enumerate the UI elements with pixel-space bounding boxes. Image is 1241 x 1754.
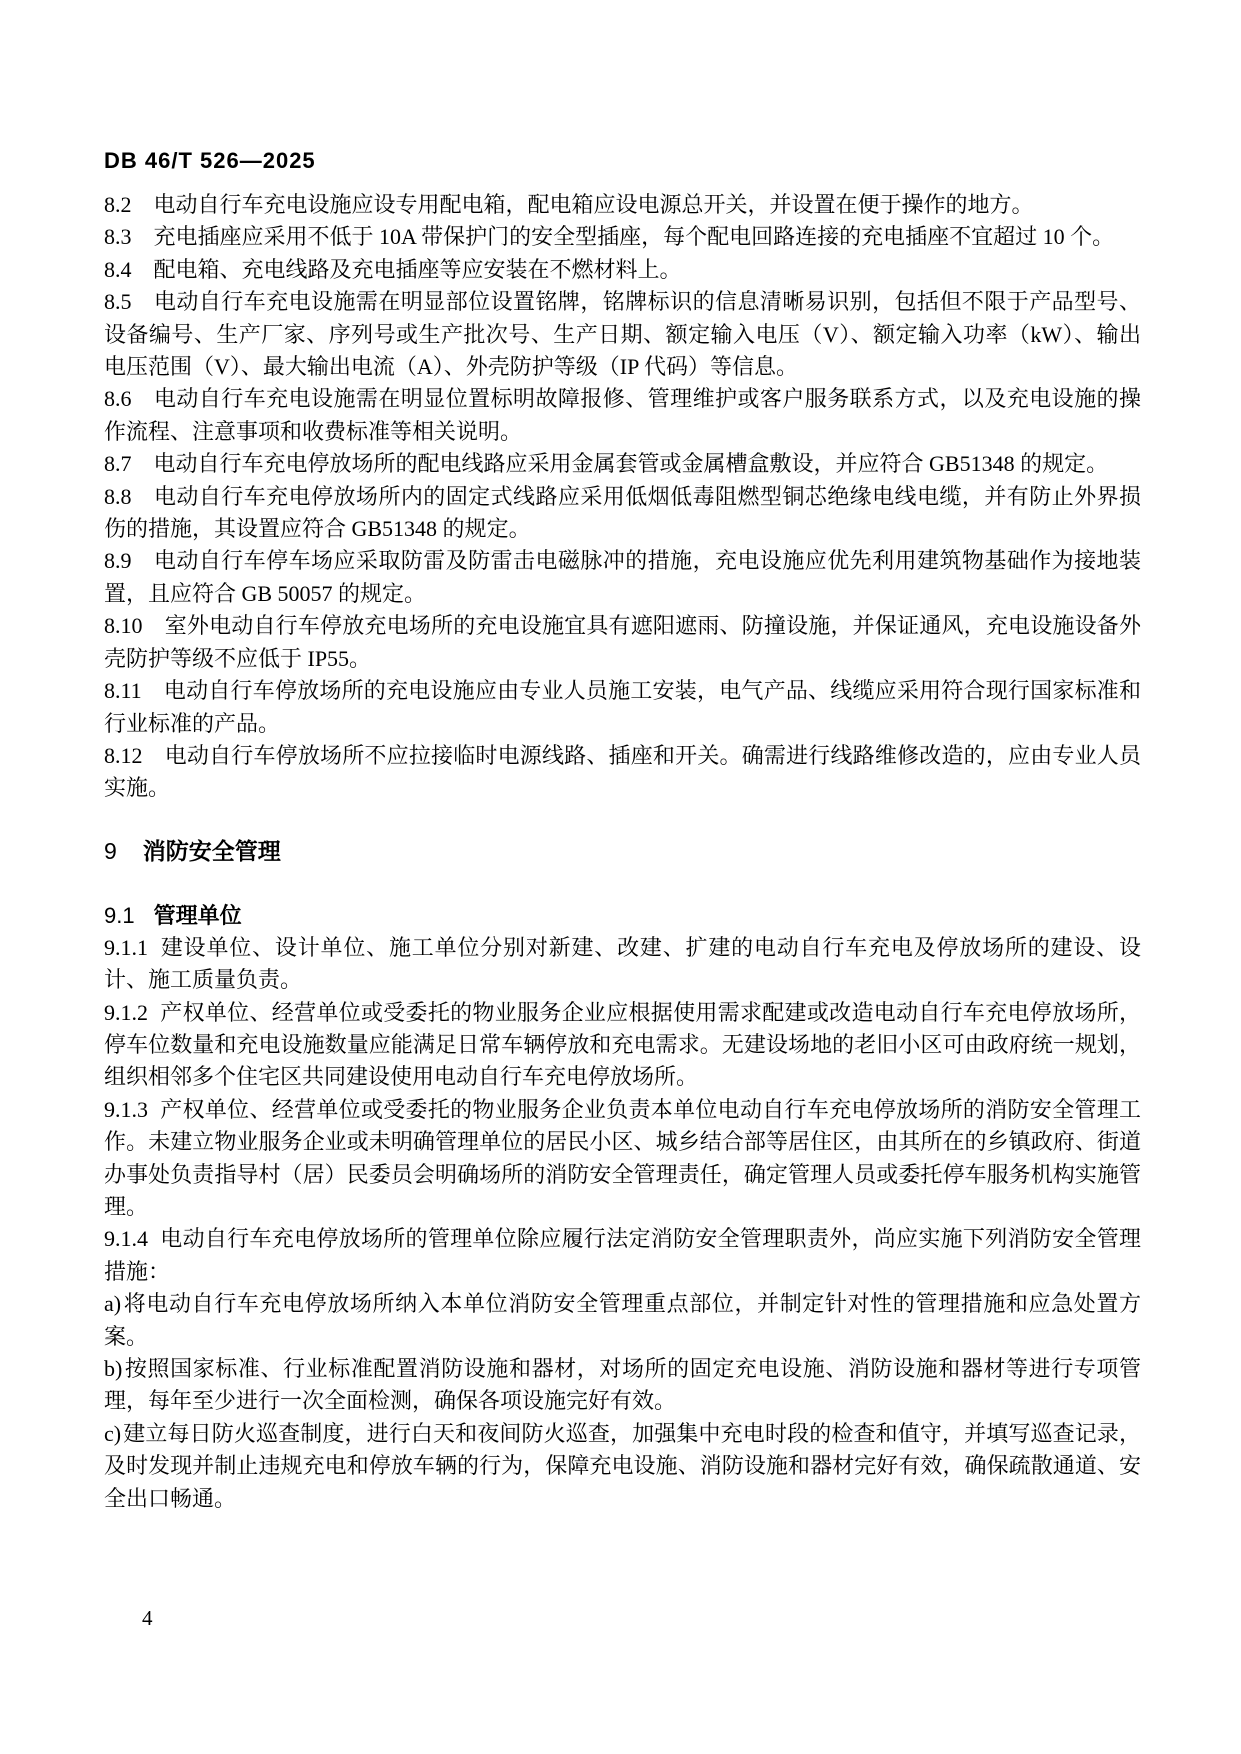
- list-item-a: a)将电动自行车充电停放场所纳入本单位消防安全管理重点部位，并制定针对性的管理措…: [104, 1288, 1141, 1353]
- clause-number: 8.2: [104, 192, 132, 217]
- section-9-heading: 9消防安全管理: [104, 835, 1141, 868]
- clause-8-8: 8.8电动自行车充电停放场所内的固定式线路应采用低烟低毒阻燃型铜芯绝缘电线电缆，…: [104, 481, 1141, 546]
- clause-8-11: 8.11电动自行车停放场所的充电设施应由专业人员施工安装，电气产品、线缆应采用符…: [104, 675, 1141, 740]
- document-page: DB 46/T 526—2025 8.2电动自行车充电设施应设专用配电箱，配电箱…: [0, 0, 1241, 1754]
- standard-number-header: DB 46/T 526—2025: [104, 148, 316, 174]
- clause-text: 电动自行车充电设施需在明显部位设置铭牌，铭牌标识的信息清晰易识别，包括但不限于产…: [104, 289, 1141, 379]
- clause-number: 8.10: [104, 613, 143, 638]
- clause-8-6: 8.6电动自行车充电设施需在明显位置标明故障报修、管理维护或客户服务联系方式，以…: [104, 383, 1141, 448]
- clause-text: 电动自行车停放场所不应拉接临时电源线路、插座和开关。确需进行线路维修改造的，应由…: [104, 743, 1141, 800]
- clause-9-1-3: 9.1.3产权单位、经营单位或受委托的物业服务企业负责本单位电动自行车充电停放场…: [104, 1094, 1141, 1224]
- clause-number: 8.11: [104, 678, 142, 703]
- clause-8-5: 8.5电动自行车充电设施需在明显部位设置铭牌，铭牌标识的信息清晰易识别，包括但不…: [104, 286, 1141, 383]
- clause-8-9: 8.9电动自行车停车场应采取防雷及防雷击电磁脉冲的措施，充电设施应优先利用建筑物…: [104, 545, 1141, 610]
- clause-number: 8.3: [104, 224, 132, 249]
- clause-text: 电动自行车充电设施应设专用配电箱，配电箱应设电源总开关，并设置在便于操作的地方。: [154, 192, 1034, 217]
- clause-text: 建设单位、设计单位、施工单位分别对新建、改建、扩建的电动自行车充电及停放场所的建…: [104, 935, 1141, 992]
- clause-text: 产权单位、经营单位或受委托的物业服务企业负责本单位电动自行车充电停放场所的消防安…: [104, 1097, 1141, 1219]
- clause-number: 9.1.1: [104, 935, 148, 960]
- section-title: 消防安全管理: [143, 838, 281, 864]
- clause-9-1-2: 9.1.2产权单位、经营单位或受委托的物业服务企业应根据使用需求配建或改造电动自…: [104, 997, 1141, 1094]
- clause-number: 8.4: [104, 257, 132, 282]
- clause-number: 9.1.3: [104, 1097, 148, 1122]
- list-item-label: c): [104, 1421, 121, 1446]
- clause-number: 8.5: [104, 289, 132, 314]
- clause-8-12: 8.12电动自行车停放场所不应拉接临时电源线路、插座和开关。确需进行线路维修改造…: [104, 740, 1141, 805]
- clause-text: 室外电动自行车停放充电场所的充电设施宜具有遮阳遮雨、防撞设施，并保证通风，充电设…: [104, 613, 1141, 670]
- clause-8-2: 8.2电动自行车充电设施应设专用配电箱，配电箱应设电源总开关，并设置在便于操作的…: [104, 189, 1141, 221]
- clause-number: 9.1.2: [104, 1000, 148, 1025]
- clause-text: 电动自行车充电设施需在明显位置标明故障报修、管理维护或客户服务联系方式，以及充电…: [104, 386, 1141, 443]
- clause-number: 9.1.4: [104, 1226, 148, 1251]
- list-item-b: b)按照国家标准、行业标准配置消防设施和器材，对场所的固定充电设施、消防设施和器…: [104, 1353, 1141, 1418]
- document-body: 8.2电动自行车充电设施应设专用配电箱，配电箱应设电源总开关，并设置在便于操作的…: [104, 189, 1141, 1515]
- clause-9-1-4: 9.1.4电动自行车充电停放场所的管理单位除应履行法定消防安全管理职责外，尚应实…: [104, 1223, 1141, 1288]
- clause-8-4: 8.4配电箱、充电线路及充电插座等应安装在不燃材料上。: [104, 254, 1141, 286]
- section-number: 9: [104, 838, 117, 864]
- clause-number: 8.9: [104, 548, 132, 573]
- clause-number: 8.12: [104, 743, 143, 768]
- list-item-label: a): [104, 1291, 121, 1316]
- section-9-1-heading: 9.1管理单位: [104, 899, 1141, 932]
- clause-text: 电动自行车停车场应采取防雷及防雷击电磁脉冲的措施，充电设施应优先利用建筑物基础作…: [104, 548, 1141, 605]
- list-item-label: b): [104, 1356, 122, 1381]
- list-item-text: 按照国家标准、行业标准配置消防设施和器材，对场所的固定充电设施、消防设施和器材等…: [104, 1356, 1141, 1413]
- subsection-number: 9.1: [104, 903, 135, 928]
- clause-text: 配电箱、充电线路及充电插座等应安装在不燃材料上。: [154, 257, 682, 282]
- clause-8-10: 8.10室外电动自行车停放充电场所的充电设施宜具有遮阳遮雨、防撞设施，并保证通风…: [104, 610, 1141, 675]
- subsection-title: 管理单位: [154, 903, 242, 928]
- list-item-text: 建立每日防火巡查制度，进行白天和夜间防火巡查，加强集中充电时段的检查和值守，并填…: [104, 1421, 1141, 1511]
- clause-9-1-1: 9.1.1建设单位、设计单位、施工单位分别对新建、改建、扩建的电动自行车充电及停…: [104, 932, 1141, 997]
- clause-text: 充电插座应采用不低于 10A 带保护门的安全型插座，每个配电回路连接的充电插座不…: [154, 224, 1115, 249]
- clause-text: 电动自行车停放场所的充电设施应由专业人员施工安装，电气产品、线缆应采用符合现行国…: [104, 678, 1141, 735]
- page-number: 4: [142, 1606, 153, 1631]
- clause-text: 电动自行车充电停放场所的管理单位除应履行法定消防安全管理职责外，尚应实施下列消防…: [104, 1226, 1141, 1283]
- clause-text: 产权单位、经营单位或受委托的物业服务企业应根据使用需求配建或改造电动自行车充电停…: [104, 1000, 1141, 1090]
- clause-8-7: 8.7电动自行车充电停放场所的配电线路应采用金属套管或金属槽盒敷设，并应符合 G…: [104, 448, 1141, 480]
- clause-number: 8.6: [104, 386, 132, 411]
- clause-8-3: 8.3充电插座应采用不低于 10A 带保护门的安全型插座，每个配电回路连接的充电…: [104, 221, 1141, 253]
- list-item-text: 将电动自行车充电停放场所纳入本单位消防安全管理重点部位，并制定针对性的管理措施和…: [104, 1291, 1141, 1348]
- clause-text: 电动自行车充电停放场所的配电线路应采用金属套管或金属槽盒敷设，并应符合 GB51…: [154, 451, 1109, 476]
- list-item-c: c)建立每日防火巡查制度，进行白天和夜间防火巡查，加强集中充电时段的检查和值守，…: [104, 1418, 1141, 1515]
- clause-number: 8.8: [104, 484, 132, 509]
- clause-number: 8.7: [104, 451, 132, 476]
- clause-text: 电动自行车充电停放场所内的固定式线路应采用低烟低毒阻燃型铜芯绝缘电线电缆，并有防…: [104, 484, 1141, 541]
